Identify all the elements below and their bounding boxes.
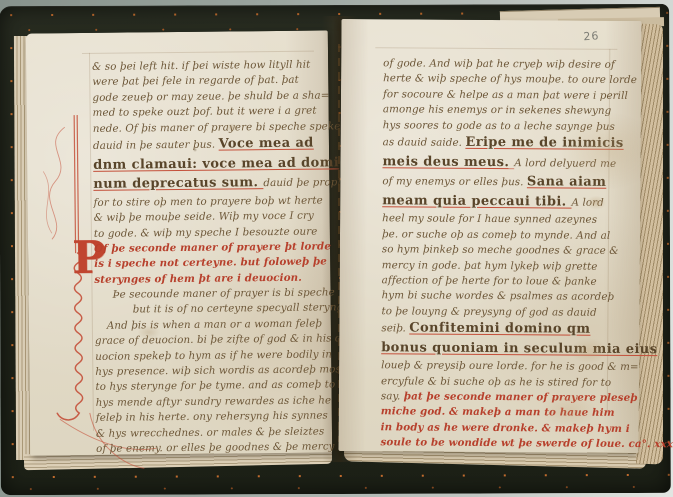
text-segment: And þis is when a man or a woman feleþ bbox=[107, 317, 322, 331]
manuscript-line: for socoure & helpe as a man þat were i … bbox=[383, 84, 633, 101]
text-segment: to gode. & wiþ my speche I besouzte oure bbox=[94, 225, 318, 239]
text-segment: seiþ. bbox=[381, 322, 409, 334]
text-segment: as dauid saide. bbox=[383, 136, 466, 149]
pen-flourish-ornament bbox=[20, 52, 194, 484]
rubric-segment: Of þe seconde maner of prayere þt lorde bbox=[94, 240, 331, 254]
text-segment: herte & wiþ speche of hys mouþe. to oure… bbox=[383, 73, 637, 87]
ruling-line-vertical bbox=[607, 49, 611, 413]
manuscript-line: hys presence. wiþ sich wordis as acordeþ… bbox=[95, 359, 329, 377]
text-segment: nede. Of þis maner of prayere bi speche … bbox=[93, 120, 347, 135]
text-segment: for socoure & helpe as a man þat were i … bbox=[383, 88, 628, 102]
folio-number: 26 bbox=[583, 29, 600, 43]
manuscript-line: is i speche not certeyne. but foloweþ þe bbox=[94, 252, 328, 270]
text-segment: but it is of no certeyne specyall steryn… bbox=[133, 302, 353, 316]
manuscript-line: of my enemys or elles þus. Sana aiam bbox=[382, 169, 632, 190]
text-segment: so hym þinkeþ so meche goodnes & grace & bbox=[382, 243, 619, 257]
manuscript-line: say. þat þe seconde maner of prayere ple… bbox=[381, 386, 631, 403]
text-segment: hys soores to gode as to a leche saynge … bbox=[383, 119, 615, 133]
manuscript-line: seiþ. Confitemini domino qm bbox=[381, 316, 631, 337]
right-page-text: of gode. And wiþ þat he cryeþ wiþ desire… bbox=[381, 53, 634, 449]
manuscript-line: so hym þinkeþ so meche goodnes & grace & bbox=[382, 239, 632, 256]
text-segment: mercy in gode. þat hym lykeþ wiþ grette bbox=[382, 259, 598, 273]
text-segment: for to stire oþ men to prayere boþ wt he… bbox=[94, 194, 323, 208]
manuscript-line: hys soores to gode as to a leche saynge … bbox=[383, 115, 633, 132]
latin-quote-segment: Eripe me de inimicis bbox=[465, 135, 623, 151]
manuscript-line: amonge his enemys or in sekenes shewyng bbox=[383, 99, 633, 116]
manuscript-line: herte & wiþ speche of hys mouþe. to oure… bbox=[383, 69, 633, 86]
rubric-segment: sterynges of hem þt are i deuocion. bbox=[94, 271, 302, 285]
ruling-line-vertical bbox=[89, 53, 94, 431]
text-segment: hys mende aftyr sundry rewardes as iche … bbox=[96, 394, 332, 408]
manuscript-line: dnm clamaui: voce mea ad domi bbox=[93, 151, 327, 173]
manuscript-line: & hys wrecchednes. or males & þe sleizte… bbox=[96, 421, 330, 439]
rubric-segment: miche god. & makeþ a man to haue him bbox=[381, 406, 615, 420]
text-segment: feleþ in his herte. ony rehersyng his sy… bbox=[96, 410, 328, 424]
text-segment: heel my soule for I haue synned azeynes bbox=[382, 213, 597, 227]
manuscript-line: Þe secounde maner of prayer is bi speche bbox=[94, 283, 328, 301]
manuscript-line: miche god. & makeþ a man to haue him bbox=[381, 402, 631, 419]
latin-quote-segment: bonus quoniam in seculum mia eius bbox=[381, 340, 657, 357]
manuscript-line: to hys sterynge for þe tyme. and as come… bbox=[95, 375, 329, 393]
text-segment: ercyfule & bi suche oþ as he is stired f… bbox=[381, 375, 611, 389]
text-segment: hym bi suche wordes & psalmes as acordeþ bbox=[382, 290, 615, 304]
manuscript-line: þe. or suche oþ as comeþ to mynde. And a… bbox=[382, 224, 632, 241]
manuscript-line: meam quia peccaui tibi. A lord bbox=[382, 189, 632, 210]
manuscript-line: to þe louyng & preysyng of god as dauid bbox=[381, 301, 631, 318]
manuscript-line: bonus quoniam in seculum mia eius bbox=[381, 336, 631, 357]
manuscript-line: loueþ & preysiþ oure lorde. for he is go… bbox=[381, 355, 631, 372]
ruling-line-horizontal bbox=[375, 47, 617, 50]
manuscript-line: to gode. & wiþ my speche I besouzte oure bbox=[94, 221, 328, 239]
manuscript-line: & wiþ þe mouþe seide. Wiþ my voce I cry bbox=[94, 206, 328, 224]
rubric-segment: is i speche not certeyne. but foloweþ þe bbox=[94, 256, 327, 270]
text-segment: to þe louyng & preysyng of god as dauid bbox=[381, 305, 596, 319]
manuscript-line: nede. Of þis maner of prayere bi speche … bbox=[93, 116, 327, 134]
latin-quote-segment: Confitemini domino qm bbox=[409, 321, 590, 337]
rubric-segment: in body as he were dronke. & makeþ hym i bbox=[381, 421, 630, 435]
manuscript-line: for to stire oþ men to prayere boþ wt he… bbox=[93, 190, 327, 208]
manuscript-line: grace of deuocion. bi þe zifte of god & … bbox=[95, 329, 329, 347]
manuscript-line: mercy in gode. þat hym lykeþ wiþ grette bbox=[382, 255, 632, 272]
latin-quote-segment: Sana aiam bbox=[527, 174, 606, 190]
text-segment: say. bbox=[381, 390, 404, 402]
text-segment: þe. or suche oþ as comeþ to mynde. And a… bbox=[382, 228, 610, 242]
text-segment: of þe enemy. or elles þe goodnes & þe me… bbox=[96, 440, 335, 454]
text-segment: amonge his enemys or in sekenes shewyng bbox=[383, 103, 612, 117]
manuscript-line: & so þei left hit. if þei wiste how lity… bbox=[92, 54, 326, 72]
latin-quote-segment: num deprecatus sum. bbox=[93, 175, 263, 192]
manuscript-line: feleþ in his herte. ony rehersyng his sy… bbox=[96, 406, 330, 424]
left-page: P & so þei left hit. if þei wiste how li… bbox=[26, 30, 332, 455]
manuscript-line: gode zeueþ or may zeue. þe shuld be a sh… bbox=[92, 85, 326, 103]
left-page-text: & so þei left hit. if þei wiste how lity… bbox=[92, 54, 330, 454]
manuscript-line: ercyfule & bi suche oþ as he is stired f… bbox=[381, 371, 631, 388]
text-segment: gode zeueþ or may zeue. þe shuld be a sh… bbox=[92, 89, 329, 103]
rubric-segment: ca°. xxx°. bbox=[629, 438, 673, 450]
text-segment: to hys sterynge for þe tyme. and as come… bbox=[95, 379, 335, 394]
manuscript-line: And þis is when a man or a woman feleþ bbox=[95, 313, 329, 331]
manuscript-line: uocion spekeþ to hym as if he were bodil… bbox=[95, 344, 329, 362]
text-segment: loueþ & preysiþ oure lorde. for he is go… bbox=[381, 359, 639, 373]
manuscript-line: med to speke ouzt þof. but it were i a g… bbox=[93, 101, 327, 119]
text-segment: grace of deuocion. bi þe zifte of god & … bbox=[95, 332, 357, 347]
text-segment: A lord bbox=[572, 196, 604, 208]
manuscript-line: of þe enemy. or elles þe goodnes & þe me… bbox=[96, 436, 330, 454]
rubric-segment: þat þe seconde maner of prayere pleseþ bbox=[404, 390, 638, 404]
ruling-line-horizontal bbox=[82, 51, 314, 54]
manuscript-line: of gode. And wiþ þat he cryeþ wiþ desire… bbox=[383, 53, 633, 70]
text-segment: Þe secounde maner of prayer is bi speche bbox=[112, 286, 334, 300]
manuscript-photo: P & so þei left hit. if þei wiste how li… bbox=[0, 0, 673, 497]
right-page: 26 of gode. And wiþ þat he cryeþ wiþ des… bbox=[338, 19, 641, 453]
manuscript-line: affection of þe herte for to loue & þank… bbox=[382, 270, 632, 287]
manuscript-line: hym bi suche wordes & psalmes as acordeþ bbox=[382, 286, 632, 303]
text-segment: hys presence. wiþ sich wordis as acordeþ… bbox=[95, 363, 345, 378]
text-segment: A lord delyuerd me bbox=[514, 157, 616, 170]
latin-quote-segment: meis deus meus. bbox=[382, 154, 514, 170]
manuscript-line: num deprecatus sum. dauid þe prophete bbox=[93, 171, 327, 193]
manuscript-line: hys mende aftyr sundry rewardes as iche … bbox=[96, 390, 330, 408]
manuscript-line: were þat þei fele in regarde of þat. þat bbox=[92, 70, 326, 88]
manuscript-line: in body as he were dronke. & makeþ hym i bbox=[381, 417, 631, 434]
latin-quote-segment: dnm clamaui: voce mea ad domi bbox=[93, 155, 339, 173]
text-segment: & wiþ þe mouþe seide. Wiþ my voce I cry bbox=[94, 210, 314, 224]
text-segment: dauid in þe sauter þus. bbox=[93, 139, 219, 152]
manuscript-line: but it is of no certeyne specyall steryn… bbox=[95, 298, 329, 316]
rubric-segment: soule to be wondide wt þe swerde of loue… bbox=[381, 436, 629, 450]
manuscript-line: dauid in þe sauter þus. Voce mea ad bbox=[93, 131, 327, 153]
latin-quote-segment: meam quia peccaui tibi. bbox=[382, 193, 571, 209]
manuscript-line: as dauid saide. Eripe me de inimicis bbox=[383, 130, 633, 151]
text-segment: & so þei left hit. if þei wiste how lity… bbox=[92, 59, 310, 73]
manuscript-line: heel my soule for I haue synned azeynes bbox=[382, 209, 632, 226]
text-segment: affection of þe herte for to loue & þank… bbox=[382, 274, 597, 288]
text-segment: med to speke ouzt þof. but it were i a g… bbox=[93, 105, 317, 119]
text-segment: of my enemys or elles þus. bbox=[382, 175, 527, 188]
text-segment: & hys wrecchednes. or males & þe sleizte… bbox=[96, 425, 324, 439]
latin-quote-segment: Voce mea ad bbox=[219, 136, 314, 152]
text-segment: of gode. And wiþ þat he cryeþ wiþ desire… bbox=[383, 57, 615, 71]
manuscript-line: Of þe seconde maner of prayere þt lorde bbox=[94, 236, 328, 254]
manuscript-line: sterynges of hem þt are i deuocion. bbox=[94, 267, 328, 285]
manuscript-line: soule to be wondide wt þe swerde of loue… bbox=[381, 432, 631, 449]
initial-letter-p: P bbox=[72, 235, 106, 280]
text-segment: were þat þei fele in regarde of þat. þat bbox=[92, 74, 299, 88]
text-segment: uocion spekeþ to hym as if he were bodil… bbox=[95, 348, 332, 362]
manuscript-line: meis deus meus. A lord delyuerd me bbox=[382, 150, 632, 171]
